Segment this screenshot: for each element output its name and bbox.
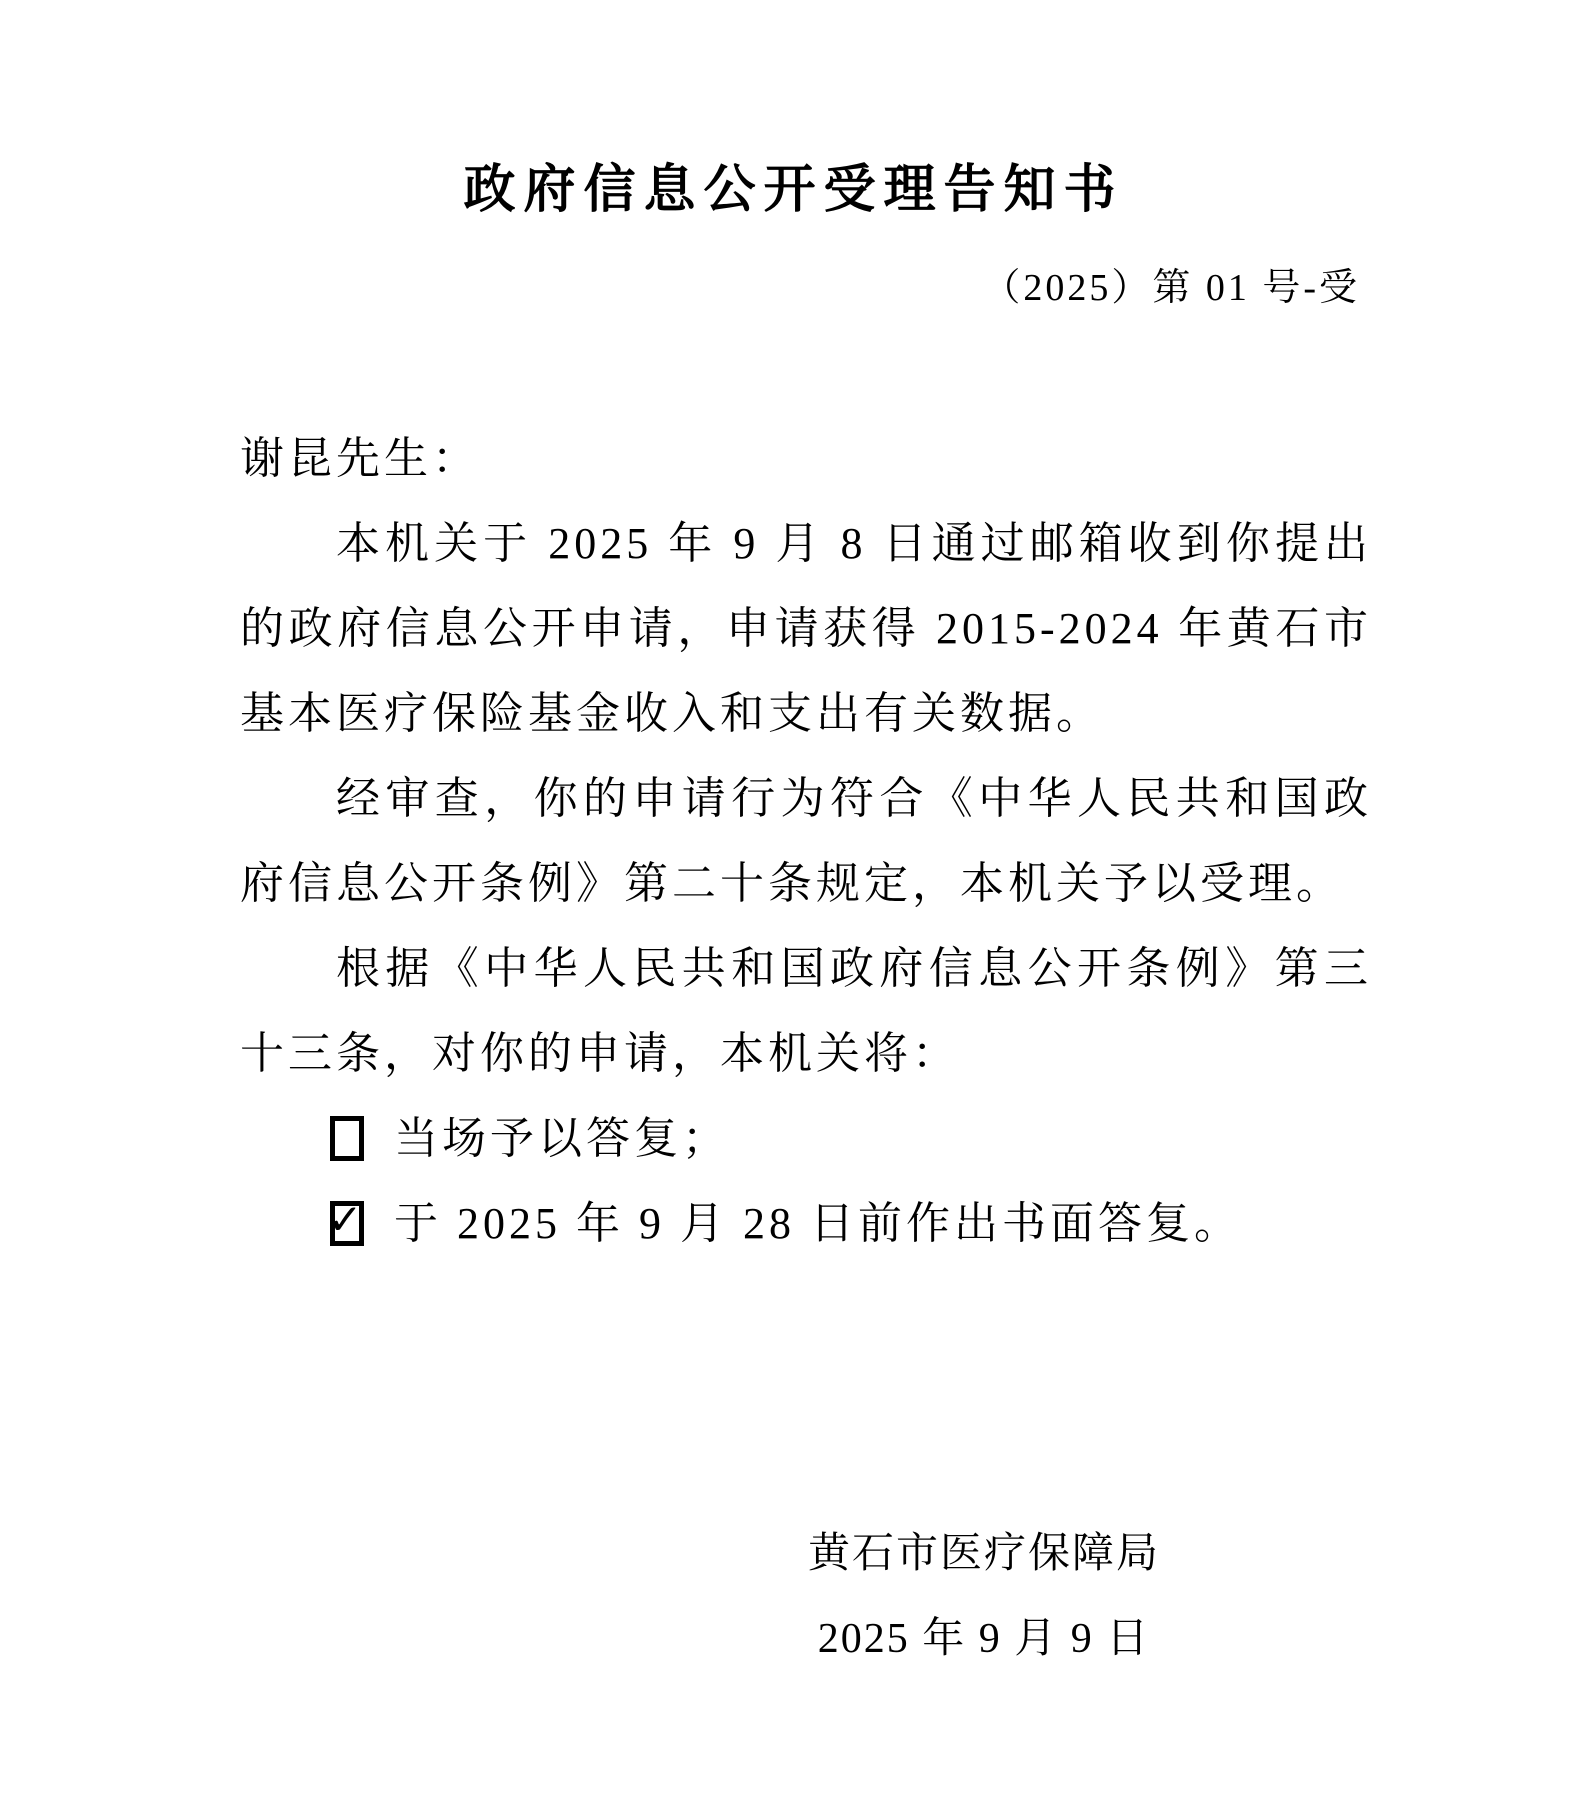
paragraph-review-result: 经审查，你的申请行为符合《中华人民共和国政府信息公开条例》第二十条规定，本机关予… (240, 756, 1372, 926)
document-title: 政府信息公开受理告知书 (0, 160, 1587, 220)
paragraph-receipt: 本机关于 2025 年 9 月 8 日通过邮箱收到你提出的政府信息公开申请，申请… (240, 501, 1372, 756)
document-body: 谢昆先生： 本机关于 2025 年 9 月 8 日通过邮箱收到你提出的政府信息公… (240, 416, 1372, 1682)
option-label-onsite-reply: 当场予以答复； (394, 1096, 730, 1181)
document-page: 政府信息公开受理告知书 （2025）第 01 号-受 谢昆先生： 本机关于 20… (0, 0, 1587, 1813)
signature-date: 2025 年 9 月 9 日 (808, 1597, 1160, 1682)
option-row-onsite-reply: 当场予以答复； (240, 1096, 1372, 1181)
paragraph-legal-basis: 根据《中华人民共和国政府信息公开条例》第三十三条，对你的申请，本机关将： (240, 926, 1372, 1096)
checkbox-unchecked-icon (330, 1116, 364, 1161)
checkbox-checked-icon (330, 1201, 364, 1246)
signature-block: 黄石市医疗保障局 2025 年 9 月 9 日 (808, 1512, 1160, 1682)
doc-number: （2025）第 01 号-受 (0, 260, 1360, 316)
signature-agency: 黄石市医疗保障局 (808, 1512, 1160, 1597)
option-label-written-reply: 于 2025 年 9 月 28 日前作出书面答复。 (394, 1181, 1242, 1266)
option-row-written-reply: 于 2025 年 9 月 28 日前作出书面答复。 (240, 1181, 1372, 1266)
salutation: 谢昆先生： (240, 416, 1372, 501)
